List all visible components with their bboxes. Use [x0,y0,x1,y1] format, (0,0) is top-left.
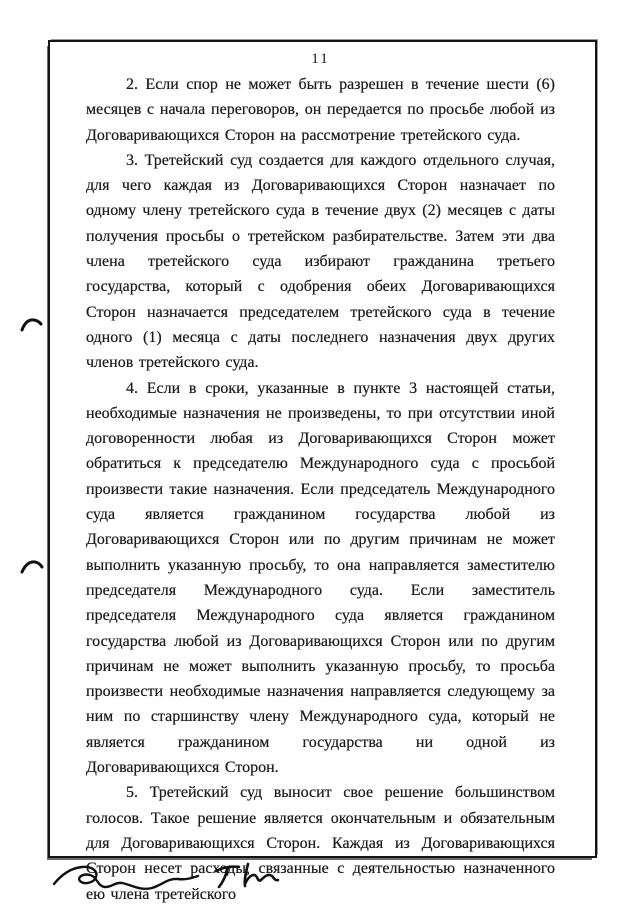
page-content: 11 2. Если спор не может быть разрешен в… [50,42,595,905]
page-number: 11 [86,48,555,70]
margin-arc-mark-top [20,316,44,334]
scanned-document-page: 11 2. Если спор не может быть разрешен в… [0,0,640,905]
paragraph-clause-3: 3. Третейский суд создается для каждого … [86,148,555,376]
paragraph-clause-4: 4. Если в сроки, указанные в пункте 3 на… [86,376,555,781]
page-frame: 11 2. Если спор не может быть разрешен в… [48,40,597,858]
signature-strip [0,856,640,900]
paragraph-clause-2: 2. Если спор не может быть разрешен в те… [86,72,555,148]
handwritten-initials-icon [212,858,282,896]
handwritten-signature-icon [52,862,202,898]
margin-arc-mark-bottom [20,558,44,576]
